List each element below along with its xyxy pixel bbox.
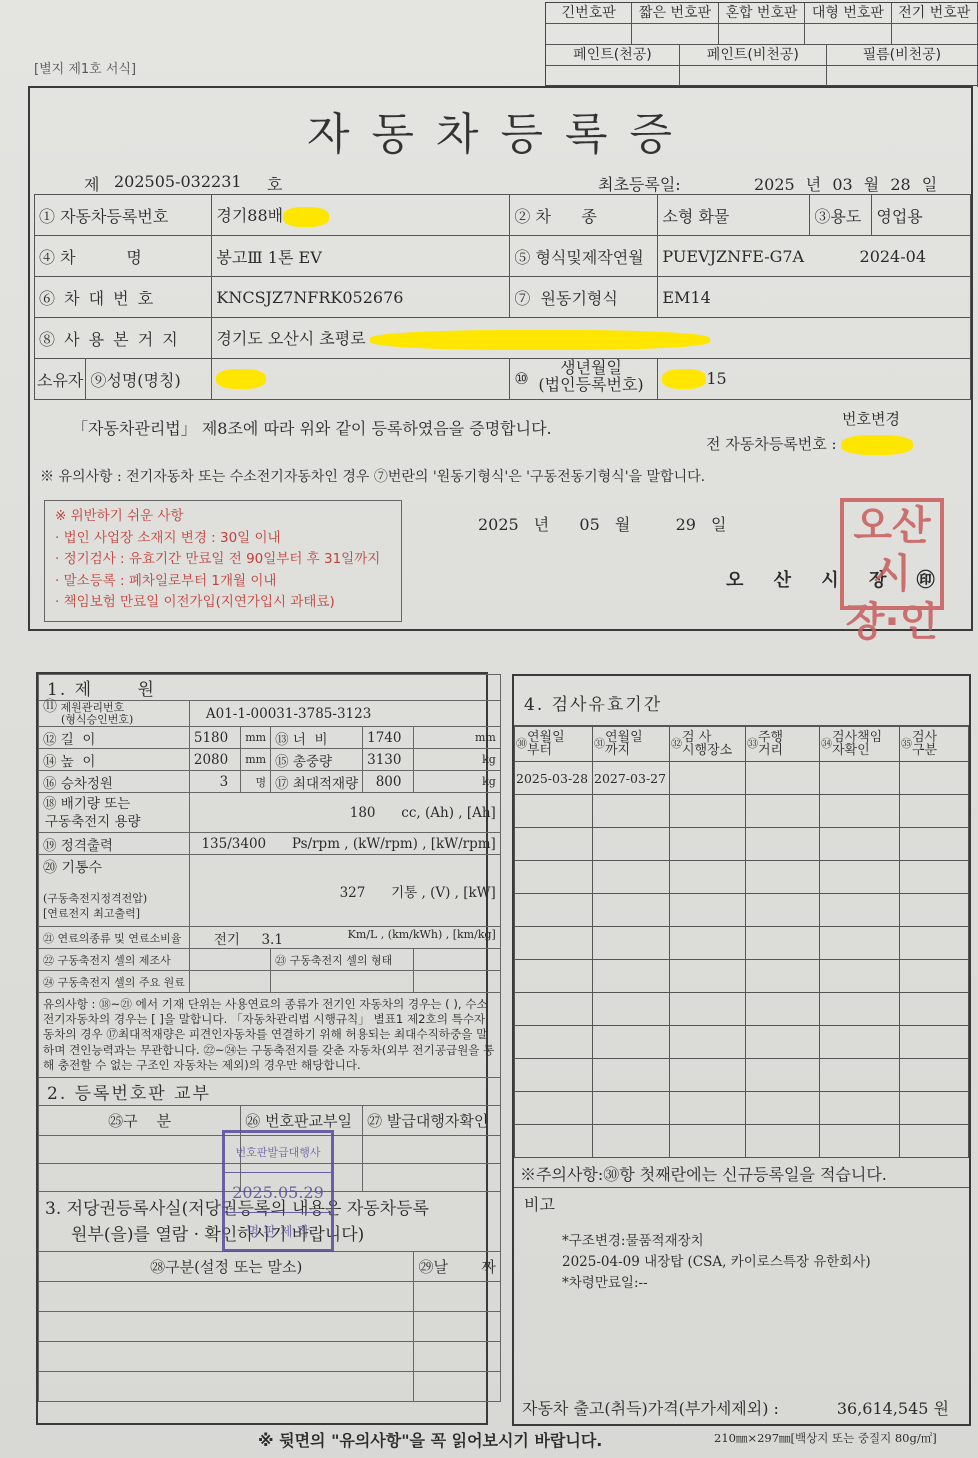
inspection-cell bbox=[593, 861, 670, 894]
inspection-cell bbox=[593, 993, 670, 1026]
inspection-cell bbox=[746, 993, 820, 1026]
name-label: ⑨성명(명칭) bbox=[86, 359, 212, 400]
stamp-footer: 명 판 제 작 bbox=[225, 1213, 331, 1253]
blank-cell bbox=[189, 971, 270, 993]
plate-film-nonperforated: 필름(비천공) bbox=[827, 45, 978, 65]
inspection-cell bbox=[900, 960, 969, 993]
specs-table: 1. 제 원 ⑪ 제원관리번호(형식승인번호) A01-1-00031-3785… bbox=[38, 674, 501, 1402]
violation-item: · 말소등록 : 폐차일로부터 1개월 이내 bbox=[55, 571, 391, 593]
inspection-cell bbox=[593, 894, 670, 927]
type-year-value: PUEVJZNFE-G7A2024-04 bbox=[658, 236, 971, 277]
power-unit: Ps/rpm , (kW/rpm) , [kW/rpm] bbox=[292, 836, 496, 852]
mgmt-no-value: A01-1-00031-3785-3123 bbox=[189, 701, 500, 727]
height-label: ⑭ 높 이 bbox=[39, 749, 190, 771]
name-value bbox=[212, 359, 510, 400]
cylinders-value: 327 기통 , (V) , [kW] bbox=[189, 855, 500, 927]
length-unit: mm bbox=[241, 727, 271, 749]
motor-label: ⑦ 원동기형식 bbox=[510, 277, 658, 318]
inspection-section: 4. 검사유효기간 ㉚연월일부터㉛연월일까지㉜검 사시행장소㉝주행거리㉞검사책임… bbox=[512, 674, 971, 1426]
max-load-value: 800 bbox=[363, 771, 414, 793]
inspection-cell bbox=[820, 993, 900, 1026]
plate-type-header-row: 긴번호판 짧은 번호판 혼합 번호판 대형 번호판 전기 번호판 bbox=[546, 3, 978, 24]
birth-text: 15 bbox=[706, 369, 726, 388]
official-seal: 오산시 장·인 bbox=[840, 498, 944, 610]
inspection-cell bbox=[515, 1092, 593, 1125]
violation-title: ※ 위반하기 쉬운 사항 bbox=[55, 506, 391, 528]
inspection-row bbox=[515, 828, 969, 861]
inspection-cell bbox=[900, 861, 969, 894]
cell-material-label: ㉔ 구동축전지 셀의 주요 원료 bbox=[39, 971, 190, 993]
height-value: 2080 bbox=[189, 749, 240, 771]
mgmt-no-label: ⑪ 제원관리번호(형식승인번호) bbox=[39, 701, 190, 727]
blank-cell bbox=[39, 1342, 414, 1372]
displacement-label: ⑱ 배기량 또는구동축전지 용량 bbox=[39, 793, 190, 833]
displacement-label-2: 구동축전지 용량 bbox=[43, 814, 141, 830]
inspection-row bbox=[515, 861, 969, 894]
inspection-cell bbox=[593, 1026, 670, 1059]
inspection-cell bbox=[746, 861, 820, 894]
remarks-label: 비고 bbox=[514, 1188, 969, 1219]
plate-type-table: 긴번호판 짧은 번호판 혼합 번호판 대형 번호판 전기 번호판 페인트(천공)… bbox=[545, 2, 978, 86]
first-reg-date: 2025 년 03 월 28 일 bbox=[754, 172, 937, 195]
inspection-row bbox=[515, 993, 969, 1026]
inspection-header-cell: ㉟검사구분 bbox=[900, 727, 969, 762]
fuel-type: 전기 bbox=[214, 932, 240, 948]
width-unit: mm bbox=[414, 727, 500, 749]
power-label: ⑲ 정격출력 bbox=[39, 833, 190, 855]
certification-text: 「자동차관리법」 제8조에 따라 위와 같이 등록하였음을 증명합니다. bbox=[72, 416, 552, 439]
inspection-row bbox=[515, 1125, 969, 1158]
inspection-cell bbox=[670, 927, 746, 960]
inspection-cell bbox=[746, 828, 820, 861]
usage-value: 영업용 bbox=[872, 195, 971, 236]
length-label: ⑫ 길 이 bbox=[39, 727, 190, 749]
inspection-cell bbox=[820, 960, 900, 993]
remark-line: *구조변경:물품적재장치 bbox=[562, 1231, 871, 1252]
inspection-cell bbox=[820, 1092, 900, 1125]
inspection-cell bbox=[670, 993, 746, 1026]
inspection-cell bbox=[746, 1059, 820, 1092]
blank-cell bbox=[805, 24, 891, 44]
row-model: ④ 차 명 봉고Ⅲ 1톤 EV ⑤ 형식및제작연월 PUEVJZNFE-G7A2… bbox=[35, 236, 971, 277]
price-value: 36,614,545 원 bbox=[837, 1396, 949, 1419]
inspection-cell bbox=[900, 795, 969, 828]
plate-issue-col3: ㉗ 발급대행자확인 bbox=[363, 1106, 501, 1136]
inspection-title: 4. 검사유효기간 bbox=[514, 676, 969, 726]
plate-paint-perforated: 페인트(천공) bbox=[546, 45, 680, 65]
violation-item: · 법인 사업장 소재지 변경 : 30일 이내 bbox=[55, 528, 391, 550]
row-reg-plate: ① 자동차등록번호 경기88배 ② 차 종 소형 화물 ③용도 영업용 bbox=[35, 195, 971, 236]
owner-label: 소유자 bbox=[35, 359, 86, 400]
blank-cell bbox=[39, 1136, 241, 1164]
reg-no-suffix: 호 bbox=[267, 172, 282, 195]
issue-date: 2025 년 05 월 29 일 bbox=[478, 512, 727, 535]
capacity-unit: 명 bbox=[241, 771, 271, 793]
birth-value: 15 bbox=[658, 359, 971, 400]
violation-item: · 정기검사 : 유효기간 만료일 전 90일부터 후 31일까지 bbox=[55, 549, 391, 571]
row-cylinders: ⑳ 기통수(구동축전지정격전압)[연료전지 최고출력] 327 기통 , (V)… bbox=[39, 855, 501, 927]
car-type-value: 소형 화물 bbox=[658, 195, 810, 236]
specs-note: 유의사항 : ⑱~㉑ 에서 기재 단위는 사용연료의 종류가 전기인 자동차의 … bbox=[39, 993, 501, 1078]
plate-type-long: 긴번호판 bbox=[546, 3, 632, 23]
inspection-cell bbox=[515, 861, 593, 894]
inspection-cell bbox=[820, 795, 900, 828]
inspection-cell bbox=[670, 1059, 746, 1092]
row-cell-maker: ㉒ 구동축전지 셀의 제조사 ㉓ 구동축전지 셀의 형태 bbox=[39, 949, 501, 971]
price-label: 자동차 출고(취득)가격(부가세제외) : bbox=[522, 1396, 779, 1419]
model-value: 봉고Ⅲ 1톤 EV bbox=[212, 236, 510, 277]
inspection-cell bbox=[820, 762, 900, 795]
paper-spec: 210㎜×297㎜[백상지 또는 중질지 80g/㎡] bbox=[714, 1430, 937, 1446]
inspection-cell bbox=[670, 861, 746, 894]
inspection-header-cell: ㉞검사책임자확인 bbox=[820, 727, 900, 762]
plate-material-blank-row bbox=[546, 66, 978, 87]
plate-paint-nonperforated: 페인트(비천공) bbox=[680, 45, 827, 65]
cylinders-label-3: [연료전지 최고출력] bbox=[43, 907, 140, 920]
row-displacement: ⑱ 배기량 또는구동축전지 용량 180 cc, (Ah) , [Ah] bbox=[39, 793, 501, 833]
car-type-label: ② 차 종 bbox=[510, 195, 658, 236]
row-fuel: ㉑ 연료의종류 및 연료소비율 전기 3.1Km/L , (km/kWh) , … bbox=[39, 927, 501, 949]
max-load-unit: kg bbox=[414, 771, 500, 793]
inspection-cell bbox=[515, 927, 593, 960]
inspection-cell bbox=[746, 894, 820, 927]
inspection-cell bbox=[593, 795, 670, 828]
inspection-cell bbox=[820, 1059, 900, 1092]
power-value: 135/3400 Ps/rpm , (kW/rpm) , [kW/rpm] bbox=[189, 833, 500, 855]
mortgage-header: ㉘구분(설정 또는 말소) ㉙날 짜 bbox=[39, 1252, 501, 1282]
first-reg-label: 최초등록일: bbox=[598, 172, 681, 195]
blank-cell bbox=[271, 971, 414, 993]
blank-cell bbox=[414, 1342, 500, 1372]
inspection-cell bbox=[670, 960, 746, 993]
plate-type-mixed: 혼합 번호판 bbox=[719, 3, 805, 23]
blank-cell bbox=[719, 24, 805, 44]
remark-line: 2025-04-09 내장탑 (CSA, 카이로스특장 유한회사) bbox=[562, 1252, 871, 1273]
address-text: 경기도 오산시 초평로 bbox=[216, 329, 365, 348]
remarks: *구조변경:물품적재장치 2025-04-09 내장탑 (CSA, 카이로스특장… bbox=[562, 1231, 871, 1294]
inspection-cell bbox=[746, 762, 820, 795]
height-unit: mm bbox=[241, 749, 271, 771]
plate-type-short: 짧은 번호판 bbox=[632, 3, 718, 23]
form-number: [별지 제1호 서식] bbox=[34, 58, 136, 77]
plate-material-header-row: 페인트(천공) 페인트(비천공) 필름(비천공) bbox=[546, 45, 978, 66]
inspection-cell bbox=[746, 1092, 820, 1125]
inspection-row bbox=[515, 795, 969, 828]
blank-cell bbox=[39, 1282, 414, 1312]
specs-title: 1. 제 원 bbox=[39, 675, 501, 701]
blank-cell bbox=[827, 66, 978, 87]
plate-issue-stamp: 번호판발급대행사 2025.05.29 명 판 제 작 bbox=[222, 1130, 334, 1252]
row-vin: ⑥ 차 대 번 호 KNCSJZ7NFRK052676 ⑦ 원동기형식 EM14 bbox=[35, 277, 971, 318]
gross-weight-value: 3130 bbox=[363, 749, 414, 771]
address-value: 경기도 오산시 초평로 bbox=[212, 318, 971, 359]
ev-notice: ※ 유의사항 : 전기자동차 또는 수소전기자동차인 경우 ⑦번란의 '원동기형… bbox=[40, 466, 705, 486]
inspection-cell bbox=[515, 894, 593, 927]
redaction-mark bbox=[370, 330, 710, 350]
certificate-frame: 자동차등록증 제 202505-032231 호 최초등록일: 2025 년 0… bbox=[28, 86, 973, 631]
blank-cell bbox=[414, 1372, 500, 1402]
stamp-issuer: 번호판발급대행사 bbox=[225, 1133, 331, 1173]
fuel-efficiency: 3.1 bbox=[261, 932, 282, 948]
displacement-number: 180 bbox=[350, 805, 376, 821]
usage-label: ③용도 bbox=[810, 195, 872, 236]
inspection-cell bbox=[515, 960, 593, 993]
inspection-cell bbox=[820, 861, 900, 894]
inspection-header-cell: ㉝주행거리 bbox=[746, 727, 820, 762]
inspection-header-cell: ㉜검 사시행장소 bbox=[670, 727, 746, 762]
capacity-value: 3 bbox=[189, 771, 240, 793]
inspection-cell bbox=[820, 894, 900, 927]
row-power: ⑲ 정격출력 135/3400 Ps/rpm , (kW/rpm) , [kW/… bbox=[39, 833, 501, 855]
inspection-cell bbox=[900, 894, 969, 927]
inspection-cell bbox=[670, 1125, 746, 1158]
inspection-cell bbox=[515, 795, 593, 828]
mgmt-no-label-2: (형식승인번호) bbox=[43, 713, 133, 726]
blank-cell bbox=[39, 1372, 414, 1402]
inspection-header-cell: ㉛연월일까지 bbox=[593, 727, 670, 762]
seal-text-2: 장·인 bbox=[844, 598, 940, 646]
cylinders-unit: 기통 , (V) , [kW] bbox=[391, 885, 496, 901]
vin-label: ⑥ 차 대 번 호 bbox=[35, 277, 212, 318]
inspection-cell bbox=[670, 1026, 746, 1059]
birth-num: ⑩ bbox=[514, 359, 528, 399]
blank-cell bbox=[546, 66, 680, 87]
cylinders-label-2: (구동축전지정격전압) bbox=[43, 892, 147, 905]
inspection-note: ※주의사항:㉚항 첫째란에는 신규등록일을 적습니다. bbox=[514, 1158, 969, 1188]
displacement-unit: cc, (Ah) , [Ah] bbox=[401, 805, 496, 821]
inspection-row: 2025-03-282027-03-27 bbox=[515, 762, 969, 795]
violation-item: · 책임보험 만료일 이전가입(지연가입시 과태료) bbox=[55, 592, 391, 614]
inspection-cell bbox=[670, 894, 746, 927]
redaction-mark bbox=[216, 369, 266, 389]
inspection-cell bbox=[900, 1125, 969, 1158]
fuel-unit: Km/L , (km/kWh) , [km/kg] bbox=[348, 928, 496, 941]
row-mgmt-no: ⑪ 제원관리번호(형식승인번호) A01-1-00031-3785-3123 bbox=[39, 701, 501, 727]
inspection-cell bbox=[670, 762, 746, 795]
displacement-label-1: ⑱ 배기량 또는 bbox=[43, 796, 130, 812]
reg-plate-text: 경기88배 bbox=[216, 206, 283, 225]
inspection-cell bbox=[746, 795, 820, 828]
inspection-cell bbox=[593, 960, 670, 993]
address-label: ⑧ 사 용 본 거 지 bbox=[35, 318, 212, 359]
blank-cell bbox=[680, 66, 827, 87]
row-owner: 소유자 ⑨성명(명칭) ⑩생년월일(법인등록번호) 15 bbox=[35, 359, 971, 400]
inspection-cell bbox=[593, 927, 670, 960]
blank-cell bbox=[363, 1136, 501, 1164]
inspection-row bbox=[515, 1026, 969, 1059]
inspection-cell bbox=[900, 828, 969, 861]
inspection-cell bbox=[746, 1026, 820, 1059]
cylinders-number: 327 bbox=[340, 885, 366, 901]
type-year-label: ⑤ 형식및제작연월 bbox=[510, 236, 658, 277]
reg-no-value: 202505-032231 bbox=[114, 172, 242, 191]
cell-maker-label: ㉒ 구동축전지 셀의 제조사 bbox=[39, 949, 190, 971]
motor-value: EM14 bbox=[658, 277, 971, 318]
type-value: PUEVJZNFE-G7A bbox=[662, 247, 804, 266]
cell-maker-value bbox=[189, 949, 270, 971]
prev-reg-no: 전 자동차등록번호 : bbox=[706, 433, 913, 455]
vin-value: KNCSJZ7NFRK052676 bbox=[212, 277, 510, 318]
mortgage-col2: ㉙날 짜 bbox=[414, 1252, 500, 1282]
reg-plate-value: 경기88배 bbox=[212, 195, 510, 236]
inspection-row bbox=[515, 894, 969, 927]
cell-shape-label: ㉓ 구동축전지 셀의 형태 bbox=[271, 949, 414, 971]
row-cell-material: ㉔ 구동축전지 셀의 주요 원료 bbox=[39, 971, 501, 993]
fuel-label: ㉑ 연료의종류 및 연료소비율 bbox=[39, 927, 190, 949]
inspection-cell bbox=[746, 960, 820, 993]
max-load-label: ⑰ 최대적재량 bbox=[271, 771, 363, 793]
stamp-date: 2025.05.29 bbox=[225, 1173, 331, 1213]
gross-weight-label: ⑮ 총중량 bbox=[271, 749, 363, 771]
inspection-cell bbox=[670, 1092, 746, 1125]
inspection-row bbox=[515, 960, 969, 993]
inspection-cell bbox=[820, 1125, 900, 1158]
inspection-cell bbox=[593, 828, 670, 861]
inspection-cell bbox=[900, 993, 969, 1026]
blank-cell bbox=[632, 24, 718, 44]
blank-cell bbox=[546, 24, 632, 44]
birth-label-2: (법인등록번호) bbox=[538, 375, 643, 394]
length-value: 5180 bbox=[189, 727, 240, 749]
remark-line: *차령만료일:-- bbox=[562, 1273, 871, 1294]
inspection-cell bbox=[900, 1026, 969, 1059]
row-capacity-load: ⑯ 승차정원 3 명 ⑰ 최대적재량 800 kg bbox=[39, 771, 501, 793]
inspection-cell bbox=[746, 1125, 820, 1158]
inspection-cell bbox=[515, 1125, 593, 1158]
inspection-cell bbox=[515, 1059, 593, 1092]
inspection-cell bbox=[515, 993, 593, 1026]
displacement-value: 180 cc, (Ah) , [Ah] bbox=[189, 793, 500, 833]
inspection-cell bbox=[593, 1092, 670, 1125]
birth-label: ⑩생년월일(법인등록번호) bbox=[510, 359, 658, 400]
plate-type-electric: 전기 번호판 bbox=[892, 3, 978, 23]
reg-plate-label: ① 자동차등록번호 bbox=[35, 195, 212, 236]
inspection-header-cell: ㉚연월일부터 bbox=[515, 727, 593, 762]
blank-cell bbox=[39, 1312, 414, 1342]
specs-section: 1. 제 원 ⑪ 제원관리번호(형식승인번호) A01-1-00031-3785… bbox=[36, 672, 488, 1425]
fuel-value: 전기 3.1Km/L , (km/kWh) , [km/kg] bbox=[189, 927, 500, 949]
inspection-cell bbox=[820, 1026, 900, 1059]
inspection-cell bbox=[900, 1059, 969, 1092]
blank-cell bbox=[363, 1164, 501, 1192]
cell-shape-value bbox=[414, 949, 500, 971]
inspection-cell bbox=[820, 927, 900, 960]
registration-certificate-page: 긴번호판 짧은 번호판 혼합 번호판 대형 번호판 전기 번호판 페인트(천공)… bbox=[0, 0, 978, 1458]
blank-cell bbox=[892, 24, 978, 44]
inspection-cell bbox=[515, 828, 593, 861]
prev-reg-label: 전 자동차등록번호 : bbox=[706, 435, 837, 453]
inspection-cell bbox=[900, 1092, 969, 1125]
vehicle-info-table: ① 자동차등록번호 경기88배 ② 차 종 소형 화물 ③용도 영업용 ④ 차 … bbox=[34, 194, 971, 400]
row-length-width: ⑫ 길 이 5180 mm ⑬ 너 비 1740 mm bbox=[39, 727, 501, 749]
cylinders-label: ⑳ 기통수(구동축전지정격전압)[연료전지 최고출력] bbox=[39, 855, 190, 927]
inspection-row bbox=[515, 927, 969, 960]
cylinders-label-1: ⑳ 기통수 bbox=[43, 860, 102, 876]
inspection-cell bbox=[593, 1059, 670, 1092]
inspection-row bbox=[515, 1059, 969, 1092]
reg-no-prefix: 제 bbox=[84, 172, 99, 195]
plate-type-large: 대형 번호판 bbox=[805, 3, 891, 23]
inspection-cell bbox=[670, 828, 746, 861]
inspection-cell bbox=[900, 762, 969, 795]
inspection-cell bbox=[746, 927, 820, 960]
inspection-cell bbox=[820, 828, 900, 861]
gross-weight-unit: kg bbox=[414, 749, 500, 771]
inspection-cell bbox=[593, 1125, 670, 1158]
blank-cell bbox=[414, 1312, 500, 1342]
blank-cell bbox=[39, 1164, 241, 1192]
inspection-table: ㉚연월일부터㉛연월일까지㉜검 사시행장소㉝주행거리㉞검사책임자확인㉟검사구분 2… bbox=[514, 726, 969, 1158]
inspection-header-row: ㉚연월일부터㉛연월일까지㉜검 사시행장소㉝주행거리㉞검사책임자확인㉟검사구분 bbox=[515, 727, 969, 762]
inspection-cell: 2025-03-28 bbox=[515, 762, 593, 795]
plate-type-blank-row bbox=[546, 24, 978, 45]
inspection-cell bbox=[515, 1026, 593, 1059]
inspection-cell bbox=[670, 795, 746, 828]
footer-notice: ※ 뒷면의 "유의사항"을 꼭 읽어보시기 바랍니다. bbox=[258, 1428, 602, 1451]
power-number: 135/3400 bbox=[201, 836, 266, 852]
inspection-cell bbox=[900, 927, 969, 960]
inspection-cell: 2027-03-27 bbox=[593, 762, 670, 795]
redaction-mark bbox=[283, 207, 329, 227]
plate-issue-title: 2. 등록번호판 교부 bbox=[39, 1078, 501, 1106]
redaction-mark bbox=[662, 369, 706, 389]
manufacture-year: 2024-04 bbox=[860, 247, 926, 266]
mortgage-col1: ㉘구분(설정 또는 말소) bbox=[39, 1252, 414, 1282]
seal-text-1: 오산시 bbox=[844, 502, 940, 598]
plate-issue-col1: ㉕구 분 bbox=[39, 1106, 241, 1136]
redaction-mark bbox=[841, 435, 913, 455]
blank-cell bbox=[414, 971, 500, 993]
inspection-row bbox=[515, 1092, 969, 1125]
blank-cell bbox=[414, 1282, 500, 1312]
violation-box: ※ 위반하기 쉬운 사항 · 법인 사업장 소재지 변경 : 30일 이내 · … bbox=[44, 500, 402, 622]
row-address: ⑧ 사 용 본 거 지 경기도 오산시 초평로 bbox=[35, 318, 971, 359]
row-height-weight: ⑭ 높 이 2080 mm ⑮ 총중량 3130 kg bbox=[39, 749, 501, 771]
width-label: ⑬ 너 비 bbox=[271, 727, 363, 749]
capacity-label: ⑯ 승차정원 bbox=[39, 771, 190, 793]
document-title: 자동차등록증 bbox=[30, 98, 971, 162]
width-value: 1740 bbox=[363, 727, 414, 749]
model-label: ④ 차 명 bbox=[35, 236, 212, 277]
number-change-label: 번호변경 bbox=[842, 408, 900, 429]
